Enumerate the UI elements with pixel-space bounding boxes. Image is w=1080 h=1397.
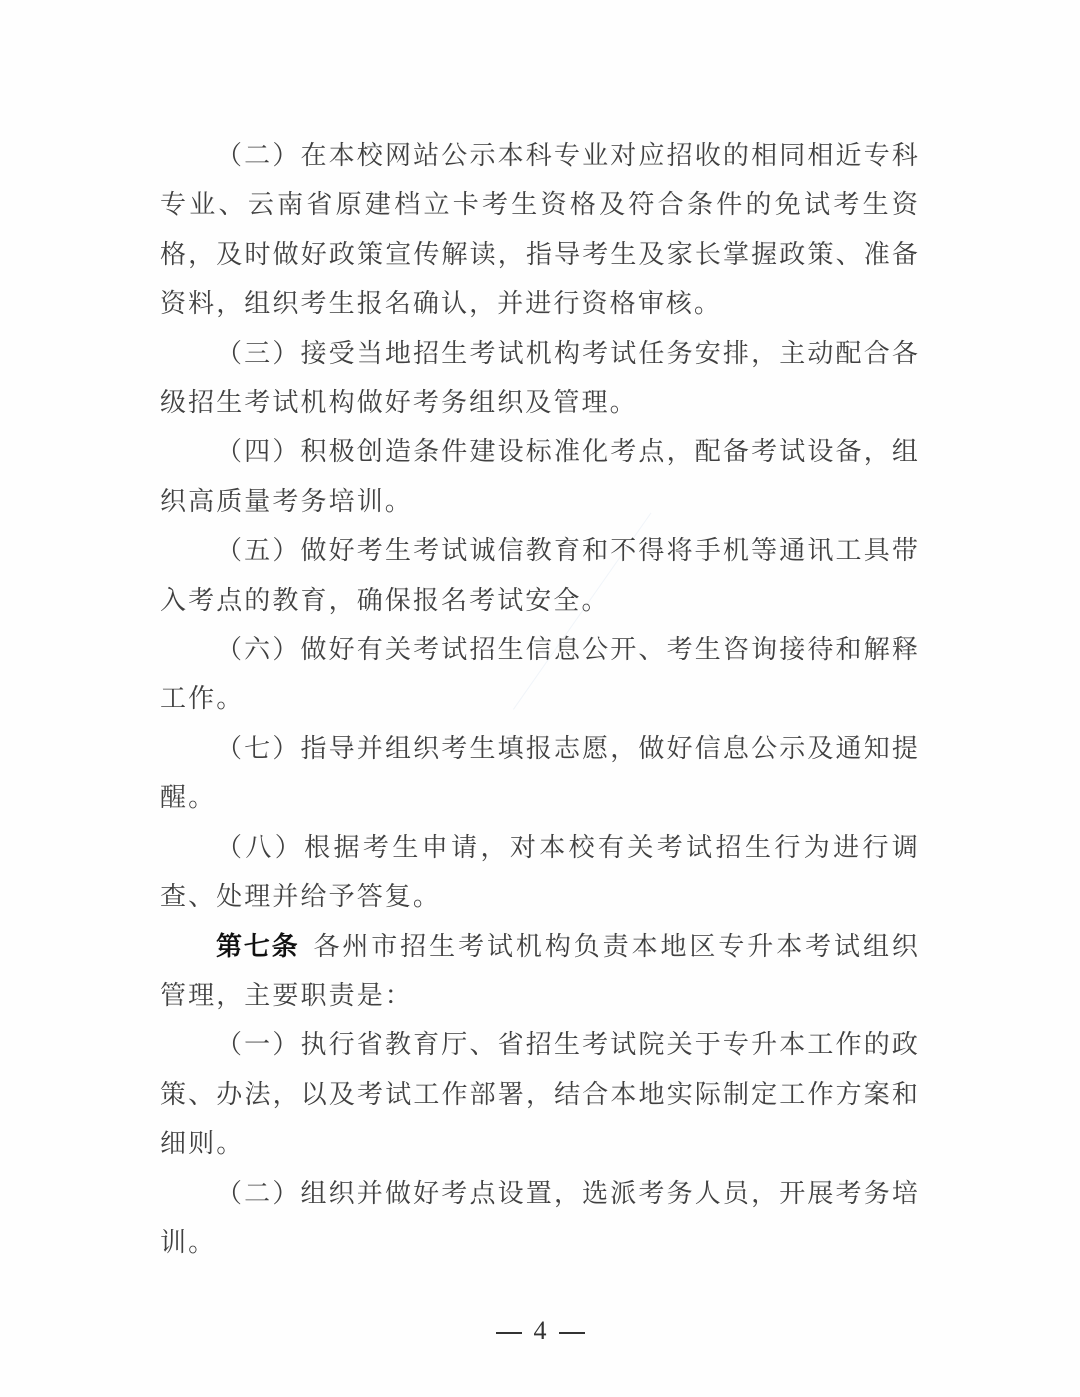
paragraph-item-3: （三）接受当地招生考试机构考试任务安排，主动配合各级招生考试机构做好考务组织及管… (160, 330, 920, 429)
paragraph-item-7: （七）指导并组织考生填报志愿，做好信息公示及通知提醒。 (160, 725, 920, 824)
paragraph-item-8: （八）根据考生申请，对本校有关考试招生行为进行调查、处理并给予答复。 (160, 824, 920, 923)
dash-left (496, 1332, 522, 1334)
article-7-item-1: （一）执行省教育厅、省招生考试院关于专升本工作的政策、办法，以及考试工作部署，结… (160, 1021, 920, 1169)
paragraph-item-6: （六）做好有关考试招生信息公开、考生咨询接待和解释工作。 (160, 626, 920, 725)
paragraph-item-4: （四）积极创造条件建设标准化考点，配备考试设备，组织高质量考务培训。 (160, 428, 920, 527)
article-7-item-2: （二）组织并做好考点设置，选派考务人员，开展考务培训。 (160, 1170, 920, 1269)
paragraph-item-2: （二）在本校网站公示本科专业对应招收的相同相近专科专业、云南省原建档立卡考生资格… (160, 132, 920, 330)
document-page: （二）在本校网站公示本科专业对应招收的相同相近专科专业、云南省原建档立卡考生资格… (0, 0, 1080, 1397)
page-number: 4 (534, 1316, 547, 1345)
dash-right (559, 1332, 585, 1334)
article-7-paragraph: 第七条各州市招生考试机构负责本地区专升本考试组织管理，主要职责是： (160, 923, 920, 1022)
page-number-footer: 4 (0, 1316, 1080, 1346)
article-heading: 第七条 (216, 932, 299, 962)
paragraph-item-5: （五）做好考生考试诚信教育和不得将手机等通讯工具带入考点的教育，确保报名考试安全… (160, 527, 920, 626)
document-body: （二）在本校网站公示本科专业对应招收的相同相近专科专业、云南省原建档立卡考生资格… (160, 132, 920, 1268)
